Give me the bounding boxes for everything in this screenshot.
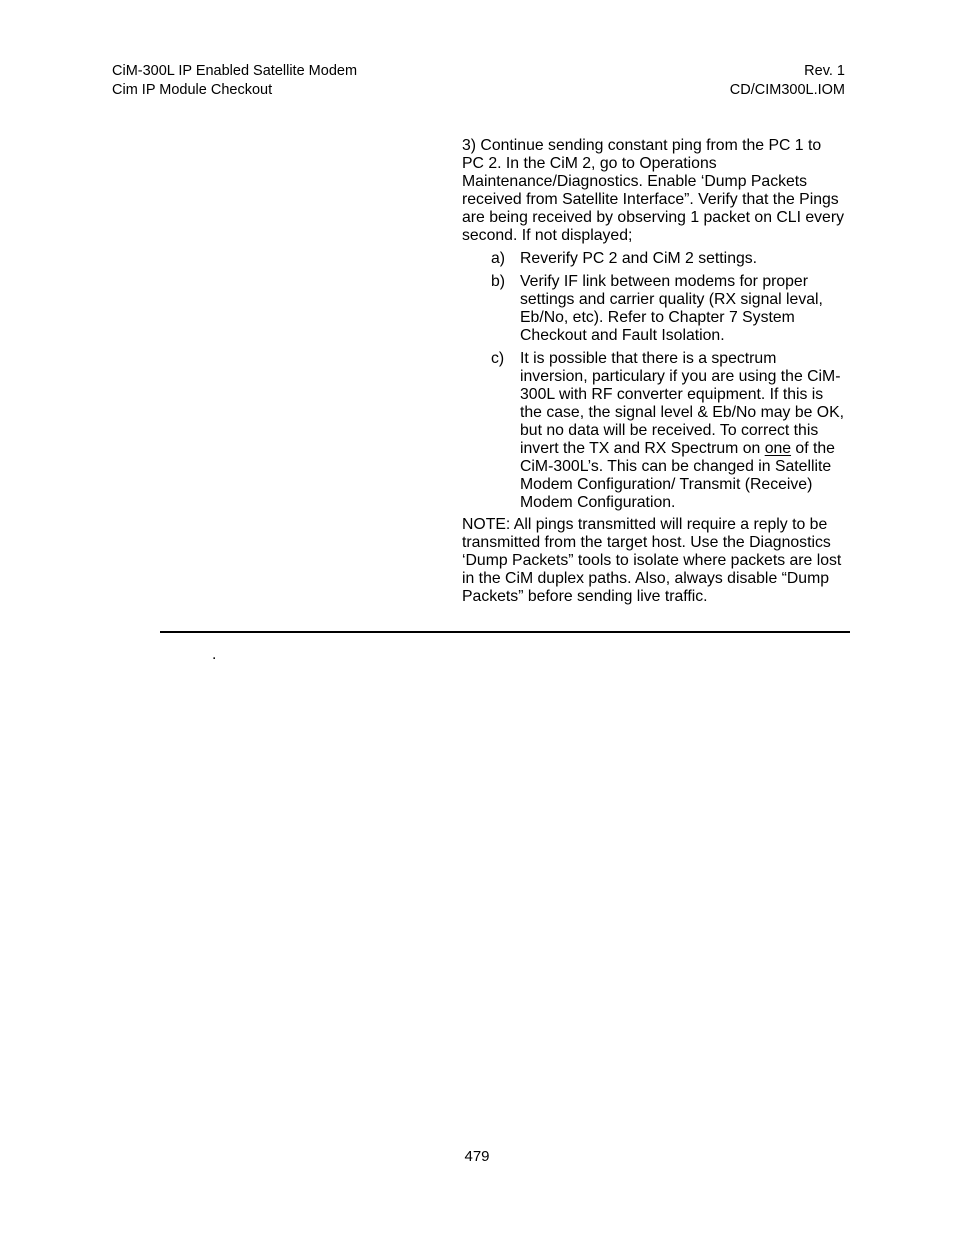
note-paragraph: NOTE: All pings transmitted will require…	[462, 516, 882, 606]
header-section-title: Cim IP Module Checkout	[112, 81, 357, 100]
header-revision: Rev. 1	[730, 62, 845, 81]
step-3-paragraph: 3) Continue sending constant ping from t…	[462, 137, 882, 245]
list-marker-b: b)	[491, 273, 520, 345]
list-item-c-text: It is possible that there is a spectrum …	[520, 350, 882, 512]
list-item-a: a)Reverify PC 2 and CiM 2 settings.	[462, 250, 882, 268]
underlined-word: one	[765, 440, 791, 457]
body-column: 3) Continue sending constant ping from t…	[462, 137, 882, 606]
header-doc-number: CD/CIM300L.IOM	[730, 81, 845, 100]
document-page: CiM-300L IP Enabled Satellite Modem Cim …	[0, 0, 954, 1235]
list-item-c: c)It is possible that there is a spectru…	[462, 350, 882, 512]
page-header: CiM-300L IP Enabled Satellite Modem Cim …	[112, 62, 845, 100]
list-item-a-text: Reverify PC 2 and CiM 2 settings.	[520, 250, 882, 268]
list-item-b: b)Verify IF link between modems for prop…	[462, 273, 882, 345]
header-left: CiM-300L IP Enabled Satellite Modem Cim …	[112, 62, 357, 100]
list-marker-c: c)	[491, 350, 520, 512]
header-right: Rev. 1 CD/CIM300L.IOM	[730, 62, 845, 100]
stray-period: .	[212, 646, 216, 664]
page-number: 479	[0, 1148, 954, 1166]
divider-line	[160, 631, 850, 633]
header-doc-title: CiM-300L IP Enabled Satellite Modem	[112, 62, 357, 81]
list-marker-a: a)	[491, 250, 520, 268]
list-item-b-text: Verify IF link between modems for proper…	[520, 273, 882, 345]
